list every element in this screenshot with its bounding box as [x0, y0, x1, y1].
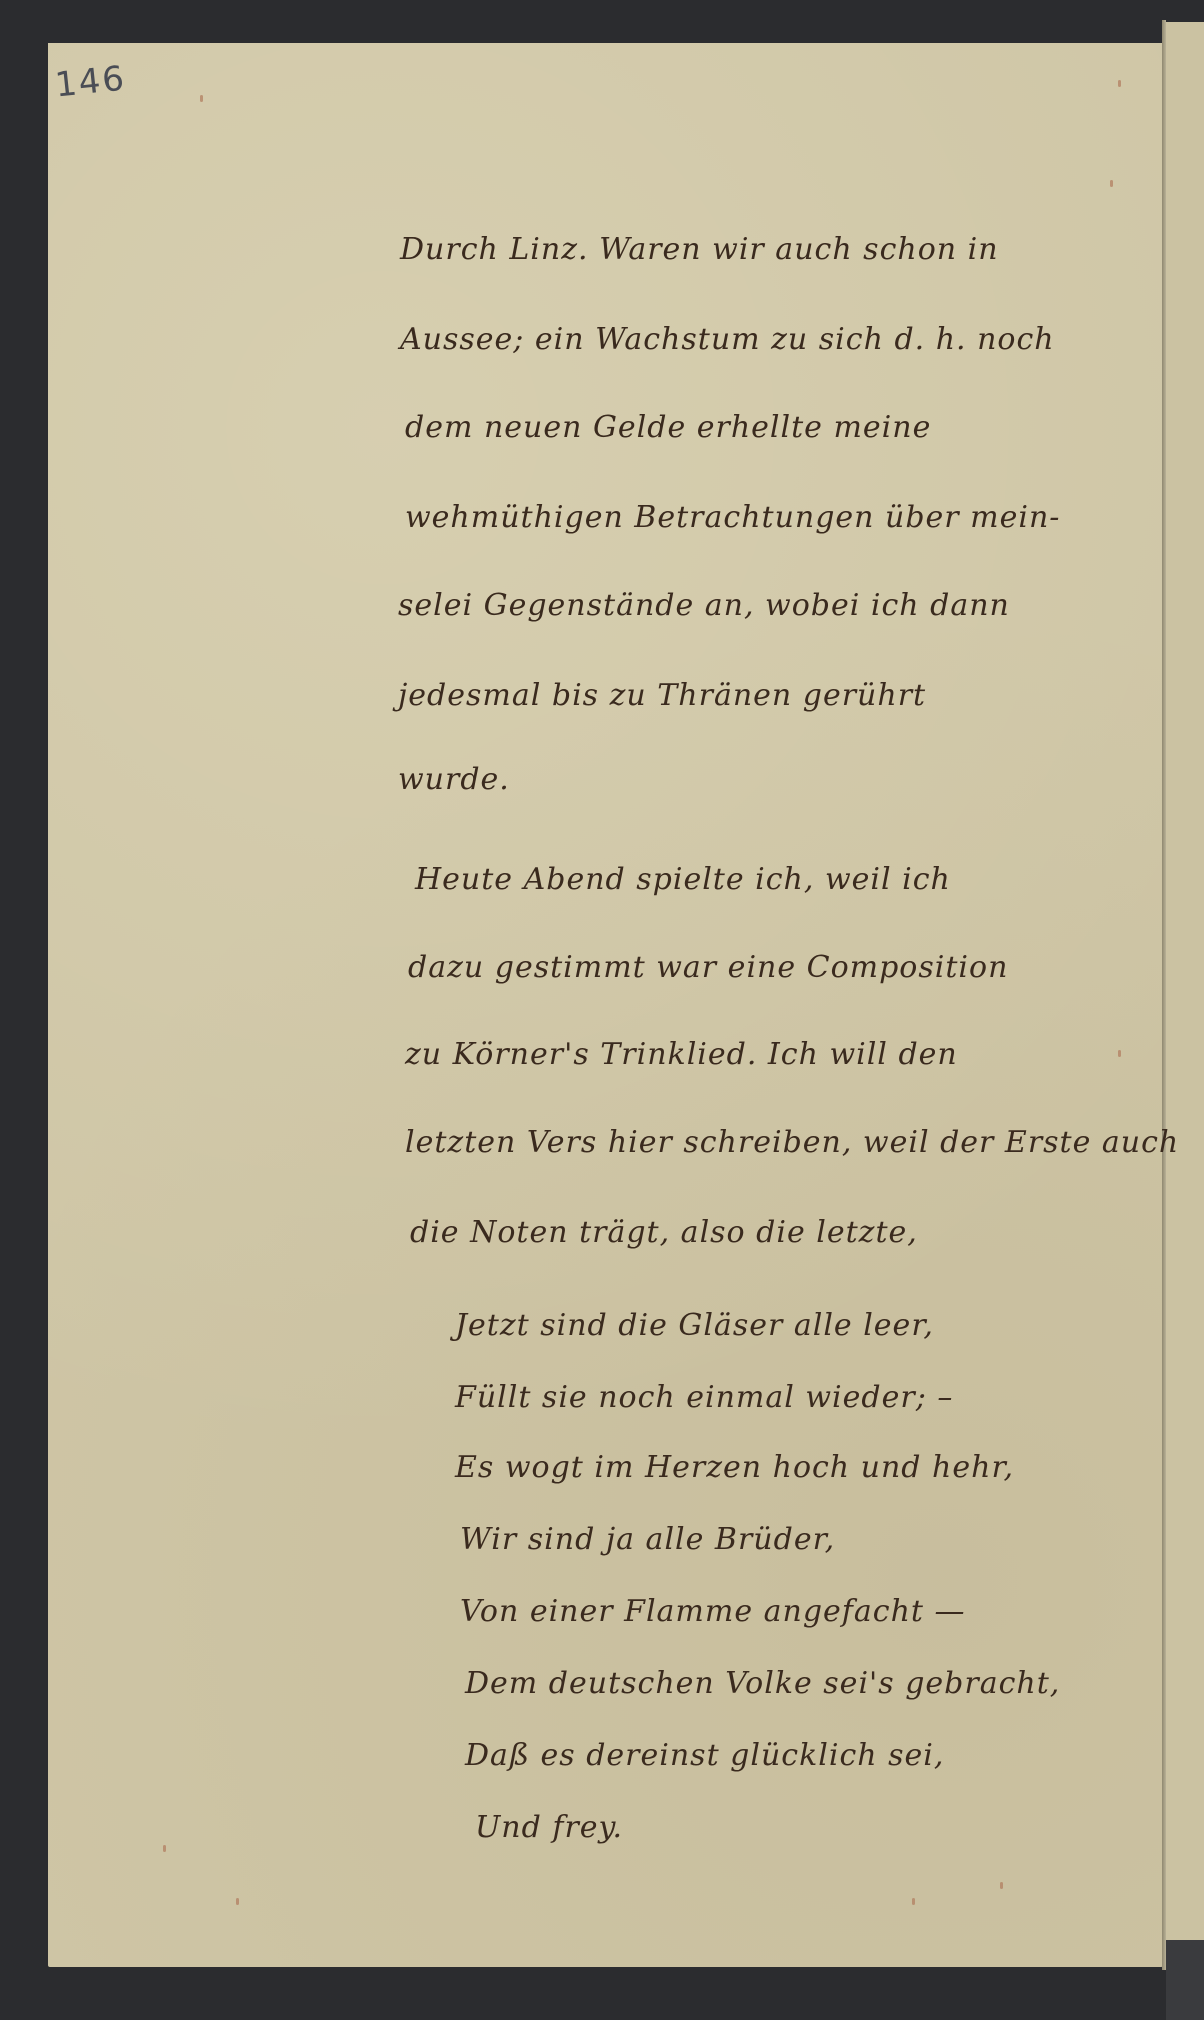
paper-speck: [163, 1845, 166, 1852]
paper-speck: [200, 95, 203, 102]
paper-speck: [1110, 180, 1113, 187]
verse-line: Füllt sie noch einmal wieder; –: [455, 1380, 953, 1415]
facing-page-shadow: [1166, 1940, 1204, 2020]
prose-line: Durch Linz. Waren wir auch schon in: [400, 232, 999, 267]
paper-speck: [1000, 1882, 1003, 1889]
verse-line: Von einer Flamme angefacht —: [460, 1594, 965, 1629]
prose-line: dem neuen Gelde erhellte meine: [405, 410, 931, 445]
prose-line: jedesmal bis zu Thränen gerührt: [398, 678, 926, 713]
paper-speck: [1118, 1050, 1121, 1057]
verse-line: Wir sind ja alle Brüder,: [460, 1522, 835, 1557]
prose-line: wurde.: [398, 762, 510, 797]
paper-speck: [236, 1898, 239, 1905]
facing-page-edge: [1166, 22, 1204, 1967]
verse-line: Daß es dereinst glücklich sei,: [465, 1738, 944, 1773]
verse-line: Jetzt sind die Gläser alle leer,: [455, 1308, 934, 1343]
prose-line: dazu gestimmt war eine Composition: [408, 950, 1008, 985]
verse-line: Und frey.: [475, 1810, 623, 1845]
prose-line: die Noten trägt, also die letzte,: [410, 1215, 918, 1250]
prose-line: letzten Vers hier schreiben, weil der Er…: [405, 1125, 1179, 1160]
prose-line: zu Körner's Trinklied. Ich will den: [405, 1037, 958, 1072]
prose-line: wehmüthigen Betrachtungen über mein-: [405, 500, 1060, 535]
verse-line: Dem deutschen Volke sei's gebracht,: [465, 1666, 1060, 1701]
paper-speck: [912, 1898, 915, 1905]
prose-line: Aussee; ein Wachstum zu sich d. h. noch: [400, 322, 1055, 357]
prose-line: selei Gegenstände an, wobei ich dann: [398, 588, 1010, 623]
paper-speck: [1118, 80, 1121, 87]
prose-line: Heute Abend spielte ich, weil ich: [415, 862, 951, 897]
folio-number: 146: [53, 58, 128, 105]
verse-line: Es wogt im Herzen hoch und hehr,: [455, 1450, 1014, 1485]
